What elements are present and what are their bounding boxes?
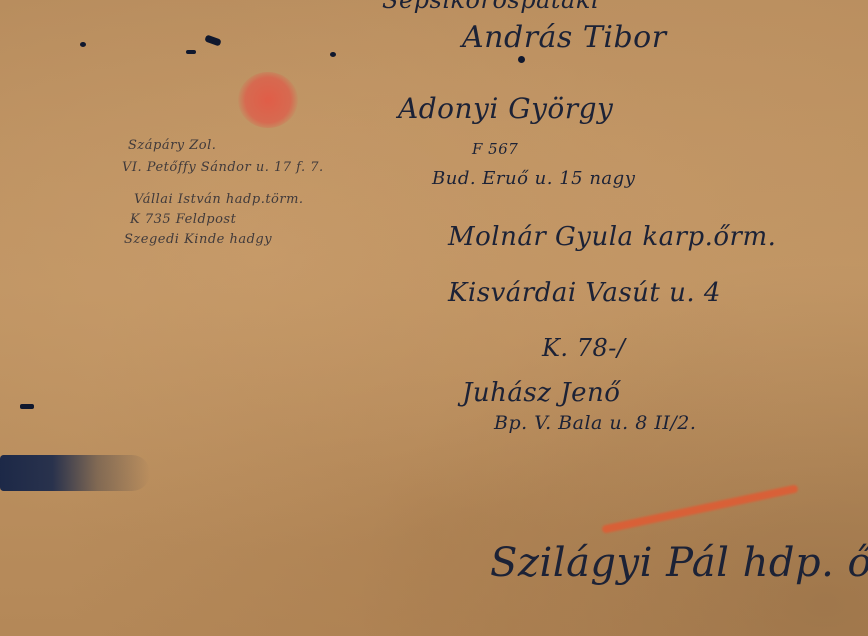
ink-spot	[80, 42, 86, 47]
ink-spot	[186, 50, 196, 54]
text-top-partial: Sepsikőröspataki	[382, 0, 599, 14]
text-andras-tibor: András Tibor	[462, 20, 667, 55]
ink-spot	[518, 56, 525, 63]
text-molnar-code: K. 78-/	[542, 334, 625, 362]
blue-ink-smear	[0, 455, 150, 491]
text-left-note-2: VI. Petőffy Sándor u. 17 f. 7.	[122, 160, 324, 175]
text-left-note-1: Szápáry Zol.	[128, 138, 216, 153]
text-juhasz-name: Juhász Jenő	[462, 378, 620, 408]
text-adonyi-code: F 567	[472, 140, 518, 158]
text-left-note-3: Vállai István hadp.törm.	[134, 192, 304, 207]
text-signature: Szilágyi Pál hdp. őrm.	[490, 540, 868, 586]
text-juhasz-address: Bp. V. Bala u. 8 II/2.	[494, 412, 696, 434]
ink-spot	[20, 404, 34, 409]
ink-spot	[330, 52, 336, 57]
text-molnar-address: Kisvárdai Vasút u. 4	[448, 278, 721, 308]
red-ink-stain	[238, 72, 298, 128]
text-adonyi-address: Bud. Eruő u. 15 nagy	[432, 168, 635, 189]
text-left-note-5: Szegedi Kinde hadgy	[124, 232, 272, 247]
text-molnar-name: Molnár Gyula karp.őrm.	[448, 222, 776, 252]
text-left-note-4: K 735 Feldpost	[130, 212, 236, 227]
text-adonyi-name: Adonyi György	[398, 92, 613, 125]
